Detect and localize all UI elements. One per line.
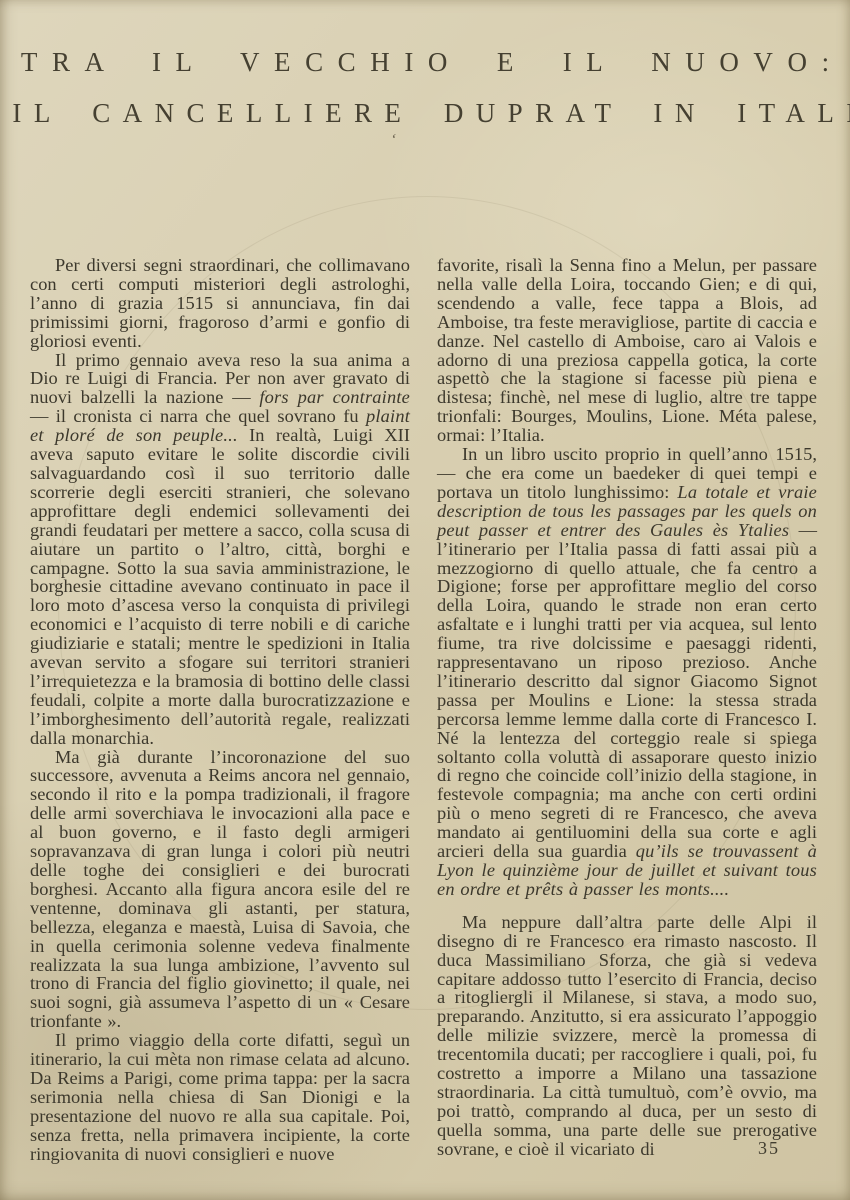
chapter-title-line-1: TRA IL VECCHIO E IL NUOVO:: [0, 47, 850, 78]
chapter-title-line-2: IL CANCELLIERE DUPRAT IN ITALIA: [0, 98, 850, 129]
text-run: Ma neppure dall’altra parte delle Alpi i…: [437, 912, 817, 1159]
text-run: In realtà, Luigi XII aveva saputo evitar…: [30, 425, 410, 748]
two-column-text-body: Per diversi segni straordinari, che coll…: [30, 256, 817, 1164]
paragraph: Il primo viaggio della corte difatti, se…: [30, 1031, 410, 1163]
text-run: Per diversi segni straordinari, che coll…: [30, 255, 410, 351]
paragraph: Ma neppure dall’altra parte delle Alpi i…: [437, 913, 817, 1159]
paragraph: Per diversi segni straordinari, che coll…: [30, 256, 410, 351]
print-stray-mark-artifact: ‘: [390, 132, 397, 150]
text-run: — l’itinerario per l’Italia passa di fat…: [437, 520, 817, 861]
chapter-title-block: TRA IL VECCHIO E IL NUOVO: IL CANCELLIER…: [0, 0, 850, 129]
paragraph: Il primo gennaio aveva reso la sua anima…: [30, 351, 410, 748]
text-run: — il cronista ci narra che quel sovrano …: [30, 406, 366, 426]
italic-text-run: fors par contrainte: [259, 387, 410, 407]
page-number: 35: [758, 1138, 780, 1159]
paragraph: In un libro uscito proprio in quell’anno…: [437, 445, 817, 899]
text-run: favorite, risalì la Senna fino a Melun, …: [437, 255, 817, 445]
left-text-column: Per diversi segni straordinari, che coll…: [30, 256, 410, 1164]
text-run: Ma già durante l’incoronazione del suo s…: [30, 747, 410, 1032]
paragraph: favorite, risalì la Senna fino a Melun, …: [437, 256, 817, 445]
text-run: Il primo viaggio della corte difatti, se…: [30, 1030, 410, 1163]
right-text-column: favorite, risalì la Senna fino a Melun, …: [437, 256, 817, 1164]
scanned-book-page: ‘ TRA IL VECCHIO E IL NUOVO: IL CANCELLI…: [0, 0, 850, 1200]
paragraph: Ma già durante l’incoronazione del suo s…: [30, 748, 410, 1032]
